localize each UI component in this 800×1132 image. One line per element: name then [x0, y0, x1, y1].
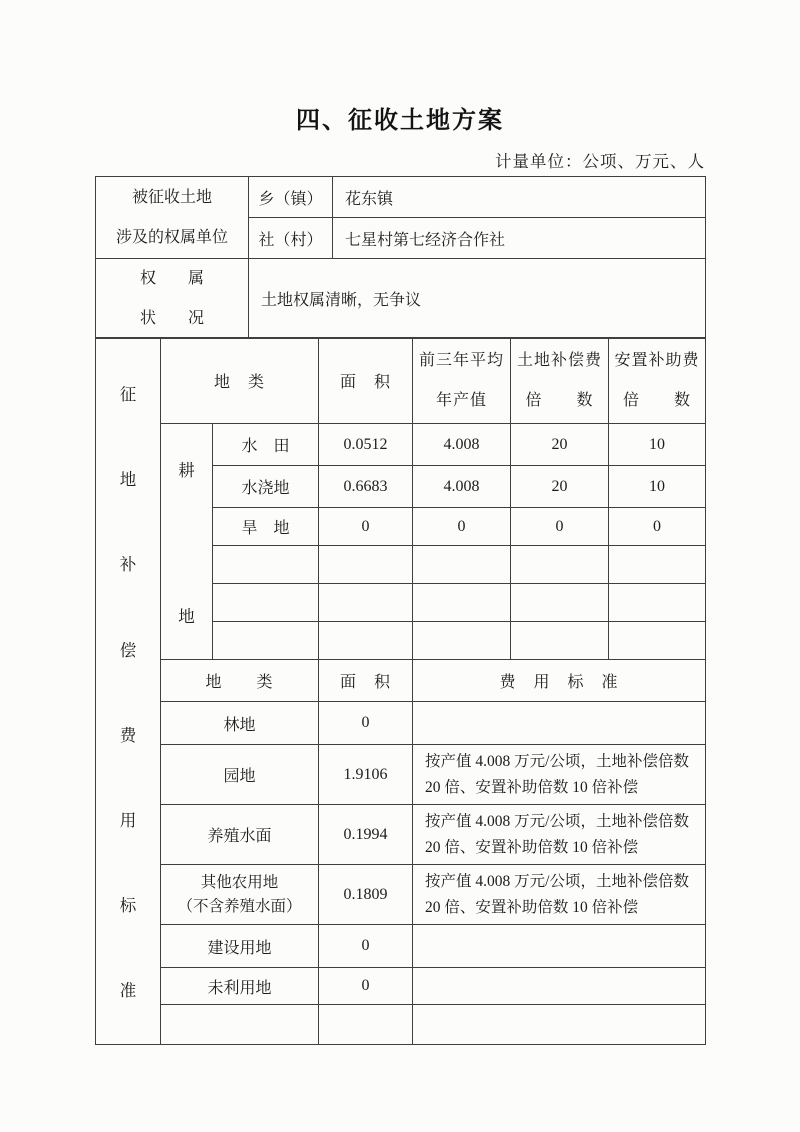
owner-label-line1: 被征收土地: [96, 178, 248, 217]
cell-standard: [413, 702, 706, 745]
cell-type: 旱 地: [213, 508, 319, 546]
side-char: 标: [120, 892, 137, 916]
tenure-label-line1: 权 属: [96, 259, 248, 298]
cell-value: 0: [413, 508, 511, 546]
table-row: 地 类 面 积 费 用 标 准: [96, 660, 706, 702]
table-row: 建设用地 0: [96, 925, 706, 968]
cell-area: [319, 1005, 413, 1045]
cell-type: 林地: [161, 702, 319, 745]
header-resettle-line1: 安置补助费: [609, 341, 705, 380]
cell-value: 4.008: [413, 424, 511, 466]
table-row: 其他农用地 （不含养殖水面） 0.1809 按产值 4.008 万元/公顷，土地…: [96, 865, 706, 925]
side-char: 用: [120, 807, 137, 831]
cell-header-area: 面 积: [319, 338, 413, 424]
cell-type: [213, 622, 319, 660]
cell-village-value: 七星村第七经济合作社: [333, 218, 706, 259]
cell-area: 0.0512: [319, 424, 413, 466]
cell-area: 0.6683: [319, 466, 413, 508]
owner-label-line2: 涉及的权属单位: [96, 218, 248, 257]
cell-standard: [413, 968, 706, 1005]
cell-resettle: [609, 584, 706, 622]
cell-comp: [511, 622, 609, 660]
header-comp-line1: 土地补偿费: [511, 341, 608, 380]
cell-type: [161, 1005, 319, 1045]
cell-tenure-value: 土地权属清晰，无争议: [249, 259, 706, 339]
cell-side-label: 征 地 补 偿 费 用 标 准: [96, 338, 161, 1045]
table-row: 未利用地 0: [96, 968, 706, 1005]
table-row: 耕 地 水 田 0.0512 4.008 20 10: [96, 424, 706, 466]
cell-resettle: [609, 622, 706, 660]
cell-comp: [511, 546, 609, 584]
table-row: 园地 1.9106 按产值 4.008 万元/公顷，土地补偿倍数 20 倍、安置…: [96, 745, 706, 805]
document-page: 四、征收土地方案 计量单位：公项、万元、人 被征收土地 涉及的权属单位 乡（镇）…: [0, 0, 800, 1132]
side-char: 征: [120, 381, 137, 405]
cell-comp: [511, 584, 609, 622]
page-title: 四、征收土地方案: [0, 100, 800, 135]
cell-type: 未利用地: [161, 968, 319, 1005]
cell-comp: 20: [511, 424, 609, 466]
cell-value: [413, 584, 511, 622]
cell-type: [213, 546, 319, 584]
cell-header-type: 地 类: [161, 338, 319, 424]
cell-standard: 按产值 4.008 万元/公顷，土地补偿倍数 20 倍、安置补助倍数 10 倍补…: [413, 865, 706, 925]
unit-note: 计量单位：公项、万元、人: [95, 148, 705, 172]
side-char: 费: [120, 722, 137, 746]
cell-standard: 按产值 4.008 万元/公顷，土地补偿倍数 20 倍、安置补助倍数 10 倍补…: [413, 805, 706, 865]
table-row: 林地 0: [96, 702, 706, 745]
cell-area: 0: [319, 925, 413, 968]
cell-township-value: 花东镇: [333, 177, 706, 218]
cell-type: 其他农用地 （不含养殖水面）: [161, 865, 319, 925]
cell-header2-standard: 费 用 标 准: [413, 660, 706, 702]
cell-type: 养殖水面: [161, 805, 319, 865]
cell-village-label: 社（村）: [249, 218, 333, 259]
side-label: 征 地 补 偿 费 用 标 准: [96, 349, 160, 1033]
cell-standard: [413, 925, 706, 968]
cell-value: [413, 546, 511, 584]
cell-type: [213, 584, 319, 622]
table-row: 征 地 补 偿 费 用 标 准 地 类 面 积 前三年平均 年产值 土地补偿费 …: [96, 338, 706, 424]
cell-comp: 20: [511, 466, 609, 508]
cell-type: 水浇地: [213, 466, 319, 508]
compensation-table: 征 地 补 偿 费 用 标 准 地 类 面 积 前三年平均 年产值 土地补偿费 …: [95, 337, 706, 1045]
side-char: 偿: [120, 637, 137, 661]
header-value-line1: 前三年平均: [413, 341, 510, 380]
cell-area: 0: [319, 702, 413, 745]
cell-value: [413, 622, 511, 660]
cell-resettle: 0: [609, 508, 706, 546]
type-line2: （不含养殖水面）: [161, 895, 318, 919]
table-row: 权 属 状 况 土地权属清晰，无争议: [96, 259, 706, 339]
tenure-label-line2: 状 况: [96, 299, 248, 338]
cell-resettle: [609, 546, 706, 584]
cell-area: [319, 546, 413, 584]
cell-standard: 按产值 4.008 万元/公顷，土地补偿倍数 20 倍、安置补助倍数 10 倍补…: [413, 745, 706, 805]
cell-area: [319, 584, 413, 622]
cell-type: 建设用地: [161, 925, 319, 968]
cell-area: 0: [319, 508, 413, 546]
info-table: 被征收土地 涉及的权属单位 乡（镇） 花东镇 社（村） 七星村第七经济合作社 权…: [95, 176, 706, 339]
header-value-line2: 年产值: [413, 381, 510, 420]
cell-area: 0.1809: [319, 865, 413, 925]
table-row: [96, 1005, 706, 1045]
cell-comp: 0: [511, 508, 609, 546]
cell-type: 园地: [161, 745, 319, 805]
cell-type: 水 田: [213, 424, 319, 466]
cell-area: 0.1994: [319, 805, 413, 865]
side-char: 地: [120, 466, 137, 490]
table-row: 被征收土地 涉及的权属单位 乡（镇） 花东镇: [96, 177, 706, 218]
header-resettle-line2: 倍 数: [609, 381, 705, 420]
cell-header2-type: 地 类: [161, 660, 319, 702]
group-char: 地: [178, 603, 195, 627]
cell-header-resettle: 安置补助费 倍 数: [609, 338, 706, 424]
cell-header-value: 前三年平均 年产值: [413, 338, 511, 424]
table-row: 养殖水面 0.1994 按产值 4.008 万元/公顷，土地补偿倍数 20 倍、…: [96, 805, 706, 865]
group-char: 耕: [178, 457, 195, 481]
side-char: 补: [120, 551, 137, 575]
side-char: 准: [120, 977, 137, 1001]
type-line1: 其他农用地: [161, 871, 318, 895]
cell-tenure-label: 权 属 状 况: [96, 259, 249, 339]
cell-area: [319, 622, 413, 660]
cell-area: 0: [319, 968, 413, 1005]
cell-standard: [413, 1005, 706, 1045]
cell-resettle: 10: [609, 424, 706, 466]
cell-owner-unit-label: 被征收土地 涉及的权属单位: [96, 177, 249, 259]
cell-resettle: 10: [609, 466, 706, 508]
group-label-farmland: 耕 地: [161, 427, 212, 657]
cell-area: 1.9106: [319, 745, 413, 805]
cell-value: 4.008: [413, 466, 511, 508]
cell-group-label: 耕 地: [161, 424, 213, 660]
cell-header2-area: 面 积: [319, 660, 413, 702]
cell-township-label: 乡（镇）: [249, 177, 333, 218]
cell-header-comp: 土地补偿费 倍 数: [511, 338, 609, 424]
header-comp-line2: 倍 数: [511, 381, 608, 420]
